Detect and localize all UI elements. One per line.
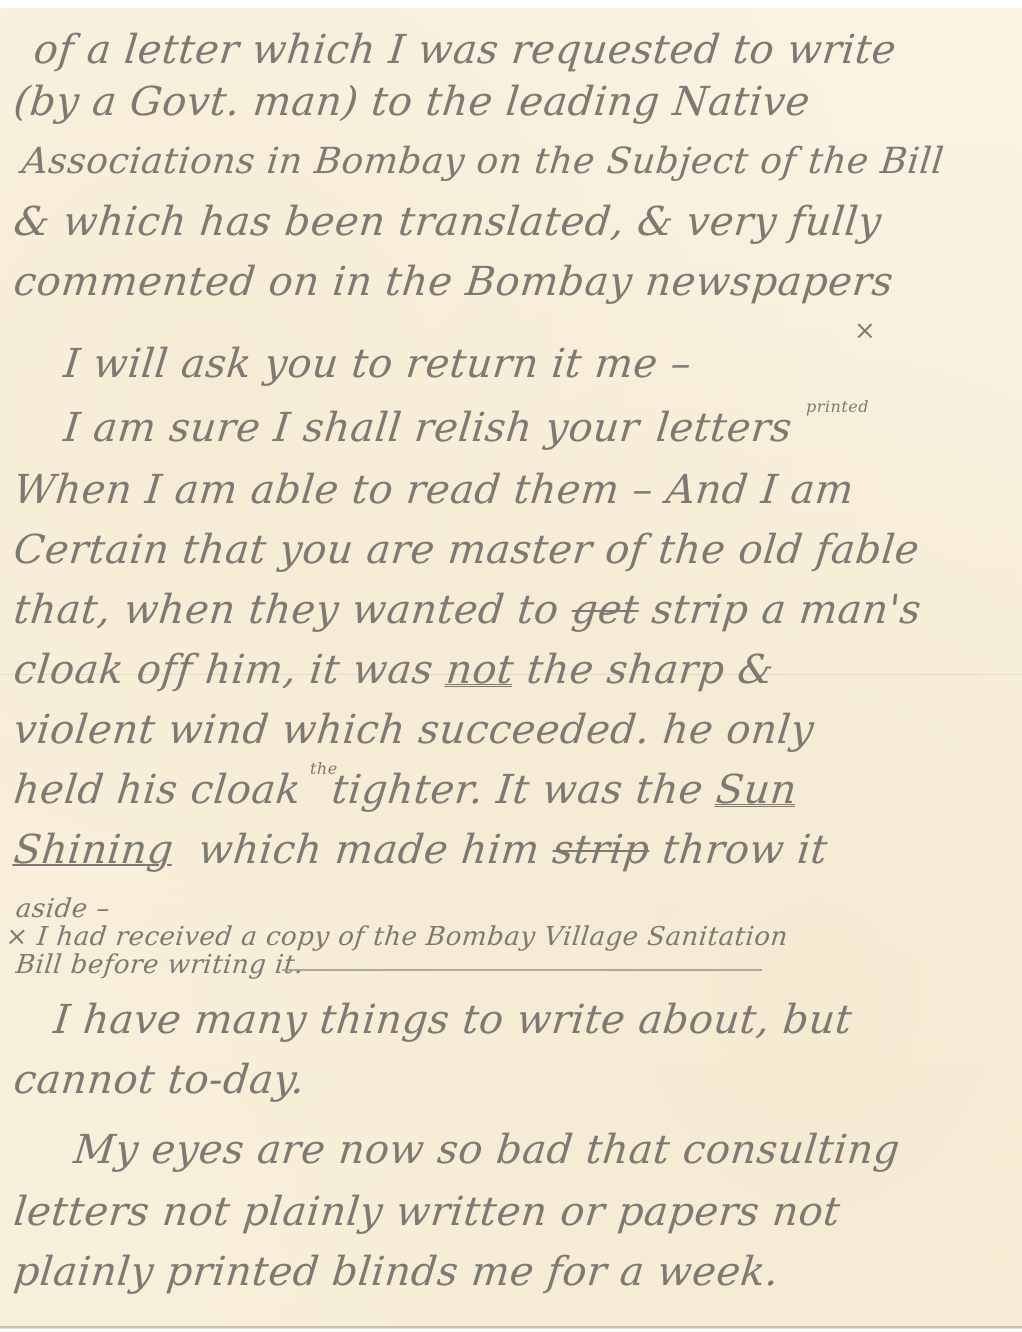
letter-line: (by a Govt. man) to the leading Native <box>11 78 812 126</box>
letter-page: of a letter which I was requested to wri… <box>0 8 1022 1328</box>
letter-text: I am sure I shall relish your <box>62 405 642 451</box>
letter-line: cloak off him, it was not the sharp & <box>11 646 776 694</box>
letter-line: Shining which made him strip throw it <box>11 826 830 874</box>
letter-line: of a letter which I was requested to wri… <box>31 26 898 74</box>
letter-line: plainly printed blinds me for a week. <box>11 1248 781 1296</box>
underlined-word: Sun <box>714 767 799 813</box>
letter-line: When I am able to read them – And I am <box>11 466 856 514</box>
letter-text: letters <box>654 405 794 451</box>
underlined-word: Shining <box>12 827 176 873</box>
letter-line: violent wind which succeeded. he only <box>11 706 816 754</box>
footnote-divider <box>282 969 762 971</box>
letter-text: that, when they wanted to <box>12 587 562 633</box>
footnote-line: × I had received a copy of the Bombay Vi… <box>4 922 789 952</box>
letter-line: letters not plainly written or papers no… <box>11 1188 842 1236</box>
letter-line: I have many things to write about, but <box>51 996 854 1044</box>
insert-printed: printed <box>806 398 869 416</box>
letter-text: tighter. It was the <box>330 767 706 813</box>
letter-text: strip a man's <box>650 587 924 633</box>
letter-line: & which has been translated, & very full… <box>11 198 883 246</box>
letter-text: which made him <box>196 827 542 873</box>
letter-line: My eyes are now so bad that consulting <box>71 1126 902 1174</box>
letter-text: held his cloak <box>12 767 304 813</box>
letter-text: throw it <box>660 827 830 873</box>
letter-line: I am sure I shall relish your letters <box>61 404 794 452</box>
letter-line: held his cloak tighter. It was the Sun <box>11 766 799 814</box>
letter-line: Certain that you are master of the old f… <box>11 526 921 574</box>
letter-line: aside – <box>14 894 111 924</box>
underlined-word: not <box>444 647 516 693</box>
letter-line: I will ask you to return it me – <box>61 340 693 388</box>
struck-word: strip <box>550 827 651 873</box>
letter-text: the sharp & <box>525 647 777 693</box>
letter-line: commented on in the Bombay newspapers <box>11 258 895 306</box>
struck-word: get <box>570 587 642 633</box>
letter-line: cannot to-day. <box>11 1056 307 1104</box>
letter-line: that, when they wanted to get strip a ma… <box>11 586 923 634</box>
x-mark-icon: × <box>854 322 876 340</box>
letter-line: Associations in Bombay on the Subject of… <box>19 138 946 186</box>
footnote-line: Bill before writing it. <box>14 950 305 980</box>
letter-text: cloak off him, it was <box>12 647 436 693</box>
